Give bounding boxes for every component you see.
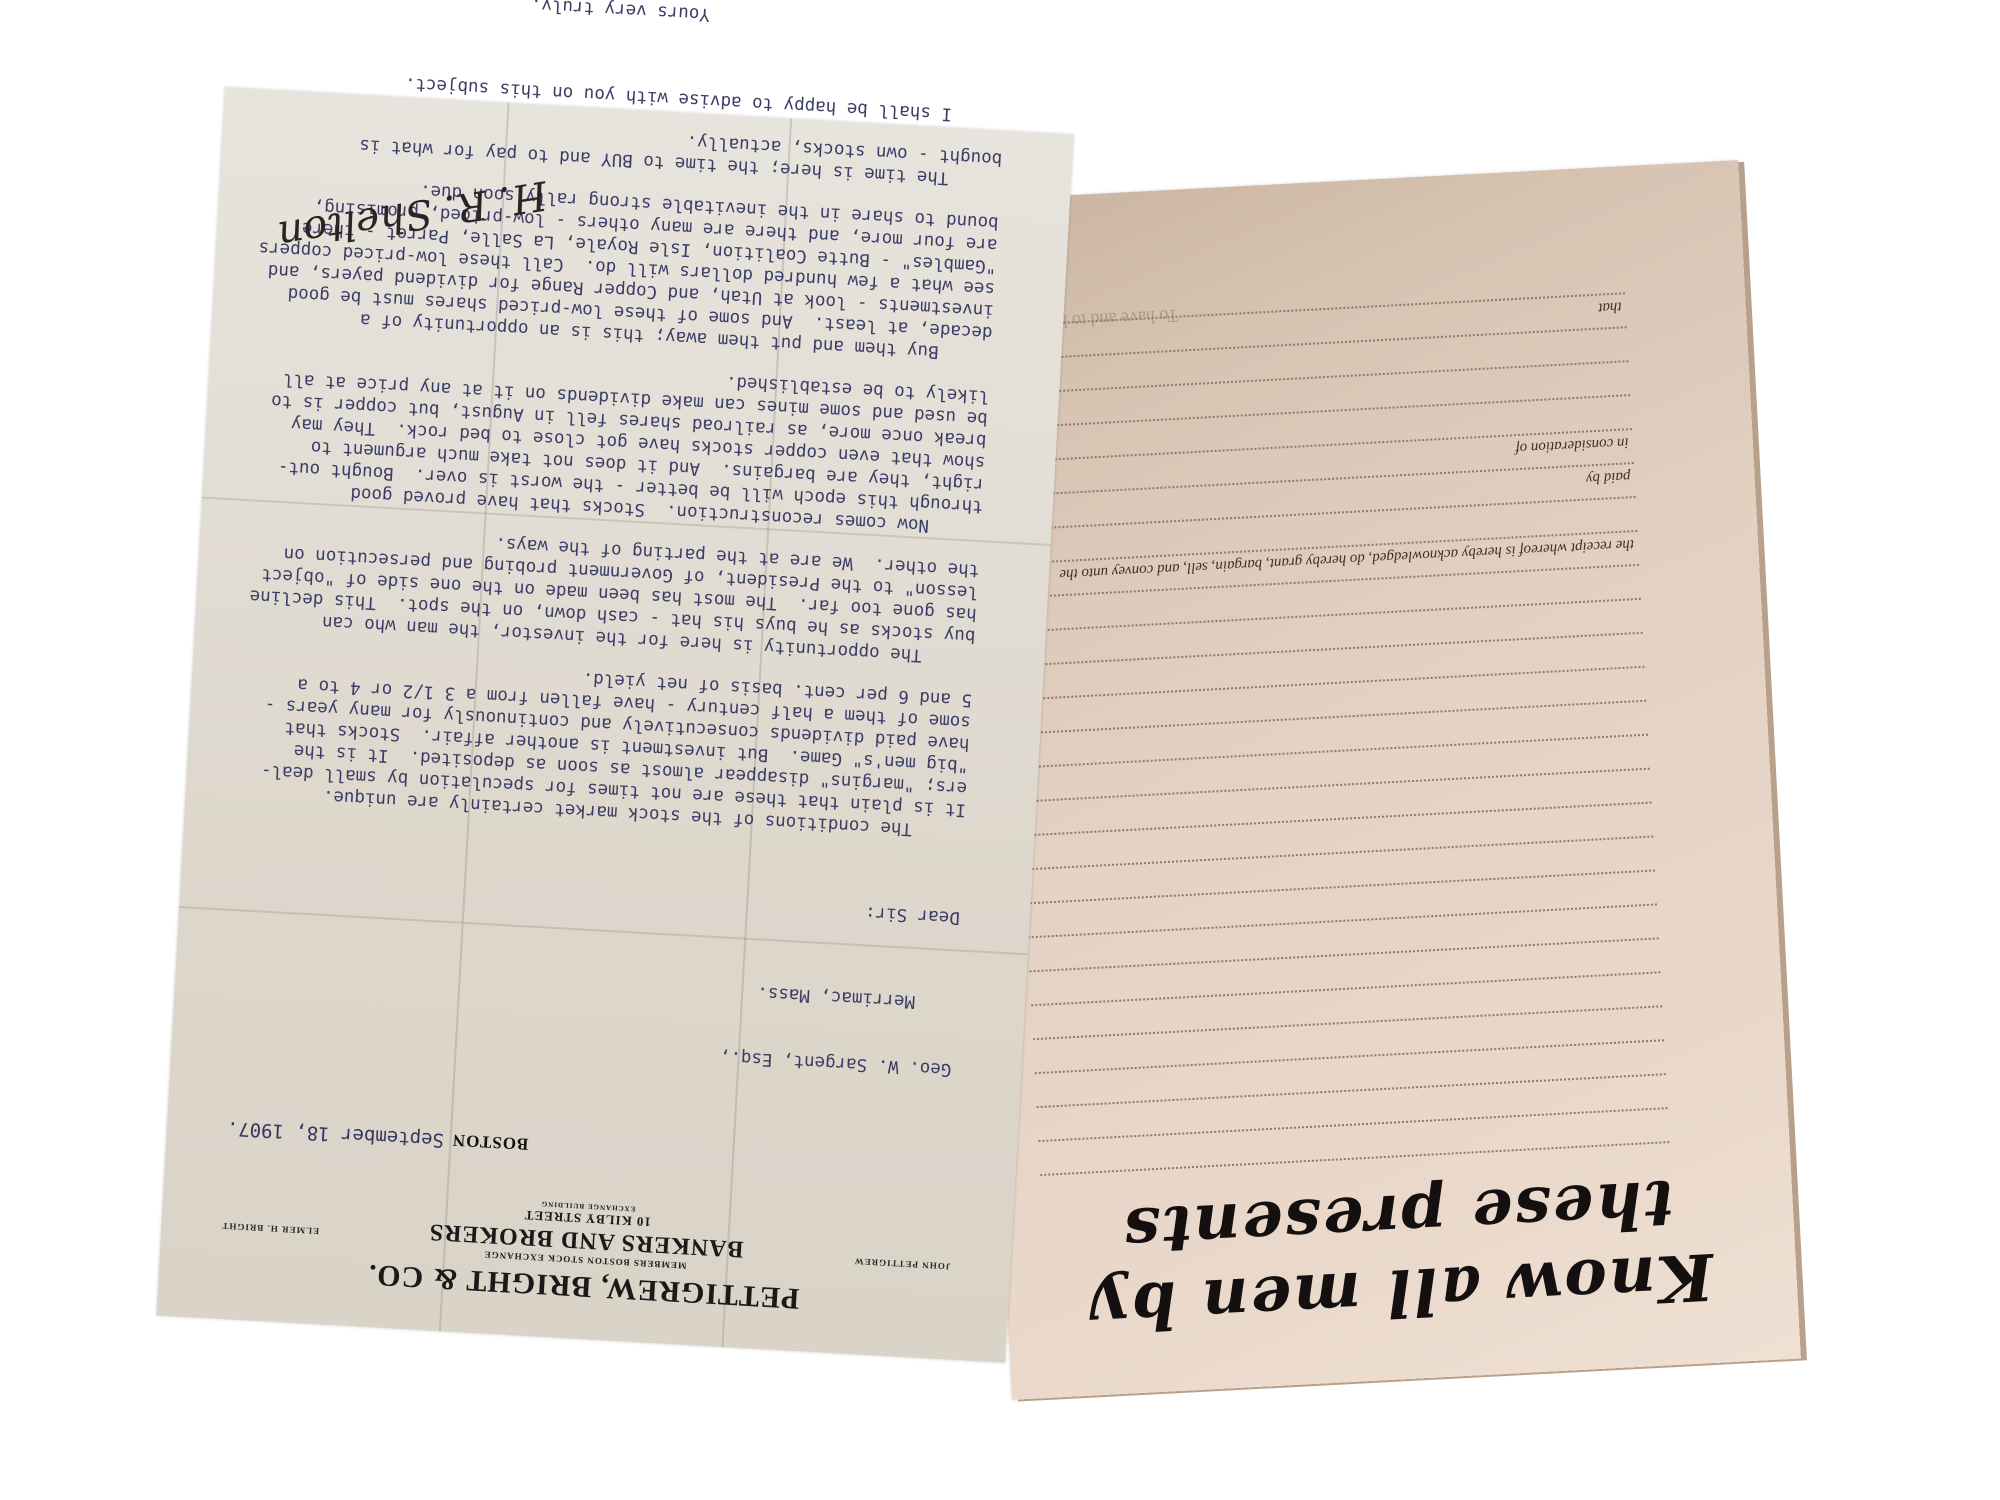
closing: Yours very truly, bbox=[280, 0, 711, 25]
deed-content-upside-down: Know all men by these presents the recei… bbox=[949, 160, 1801, 1400]
deed-field-label: paid by bbox=[1585, 467, 1630, 486]
deed-field-label: in consideration of bbox=[1515, 433, 1629, 456]
broker-letter-sheet: JOHN PETTIGREW ELMER H. BRIGHT PETTIGREW… bbox=[156, 87, 1073, 1363]
deed-form-sheet: Know all men by these presents the recei… bbox=[949, 160, 1801, 1400]
letter-date: September 18, 1907. bbox=[226, 1117, 444, 1151]
letter-body: Geo. W. Sargent, Esq., Merrimac, Mass. D… bbox=[219, 0, 1023, 1124]
letter-paragraphs: The conditions of the stock market certa… bbox=[235, 65, 1005, 843]
deed-field-lines: the receipt whereof is hereby acknowledg… bbox=[996, 292, 1671, 1208]
addressee-line: Geo. W. Sargent, Esq., bbox=[222, 1018, 952, 1081]
letter-paragraph: The conditions of the stock market certa… bbox=[235, 648, 972, 843]
letterhead: JOHN PETTIGREW ELMER H. BRIGHT PETTIGREW… bbox=[158, 1179, 1012, 1327]
letter-paragraph: Now comes reconstruction. Stocks that ha… bbox=[252, 345, 989, 540]
deed-field-label: that bbox=[1598, 297, 1622, 315]
letter-paragraph: The opportunity is here for the investor… bbox=[245, 518, 980, 669]
place-and-date: BOSTONSeptember 18, 1907. bbox=[226, 1117, 529, 1156]
letter-content-upside-down: JOHN PETTIGREW ELMER H. BRIGHT PETTIGREW… bbox=[156, 87, 1073, 1363]
addressee-line: Merrimac, Mass. bbox=[226, 952, 916, 1012]
place: BOSTON bbox=[451, 1131, 529, 1154]
salutation: Dear Sir: bbox=[230, 866, 960, 929]
